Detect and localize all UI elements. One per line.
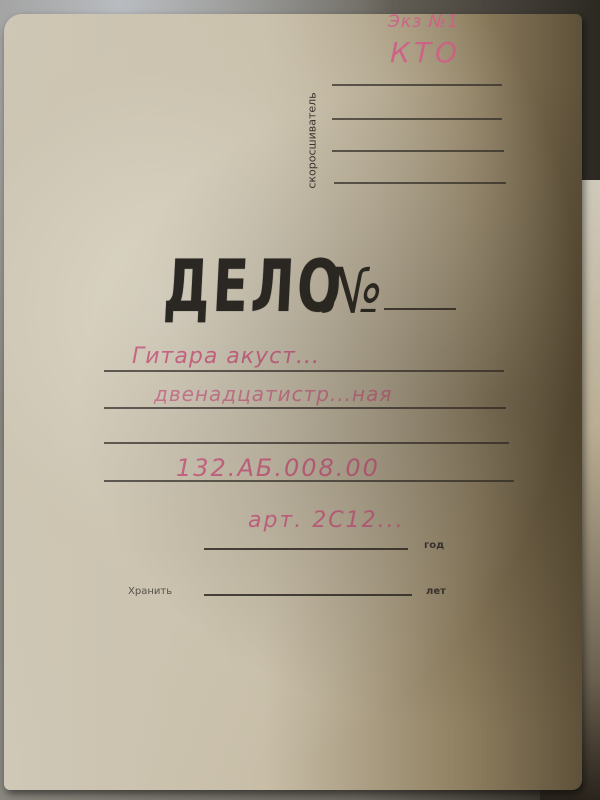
binder-line-1 [332, 84, 502, 86]
binder-line-4 [334, 182, 506, 184]
number-field-line [384, 308, 456, 310]
years-label: лет [426, 586, 446, 597]
keep-field-line [204, 594, 412, 596]
department-note: КТО [390, 36, 461, 69]
year-label: год [424, 540, 444, 551]
item-code: 132.АБ.008.00 [176, 454, 380, 482]
subject-rule-1 [104, 370, 504, 372]
article-number: арт. 2С12... [248, 508, 405, 533]
subject-rule-2 [104, 407, 506, 409]
subject-line-2: двенадцатистр...ная [154, 382, 392, 406]
keep-label: Хранить [128, 586, 172, 597]
document-folder: Экз №1 КТО скоросшиватель ДЕЛО № Гитара … [4, 14, 582, 790]
number-sign: № [324, 254, 383, 327]
subject-rule-3 [104, 442, 509, 444]
binder-line-3 [332, 150, 504, 152]
code-rule [104, 480, 514, 482]
copy-number-note: Экз №1 [388, 12, 459, 32]
binder-line-2 [332, 118, 502, 120]
binder-label: скоросшиватель [306, 81, 319, 201]
subject-line-1: Гитара акуст... [132, 344, 320, 369]
year-field-line [204, 548, 408, 550]
folder-title: ДЕЛО [162, 244, 346, 328]
